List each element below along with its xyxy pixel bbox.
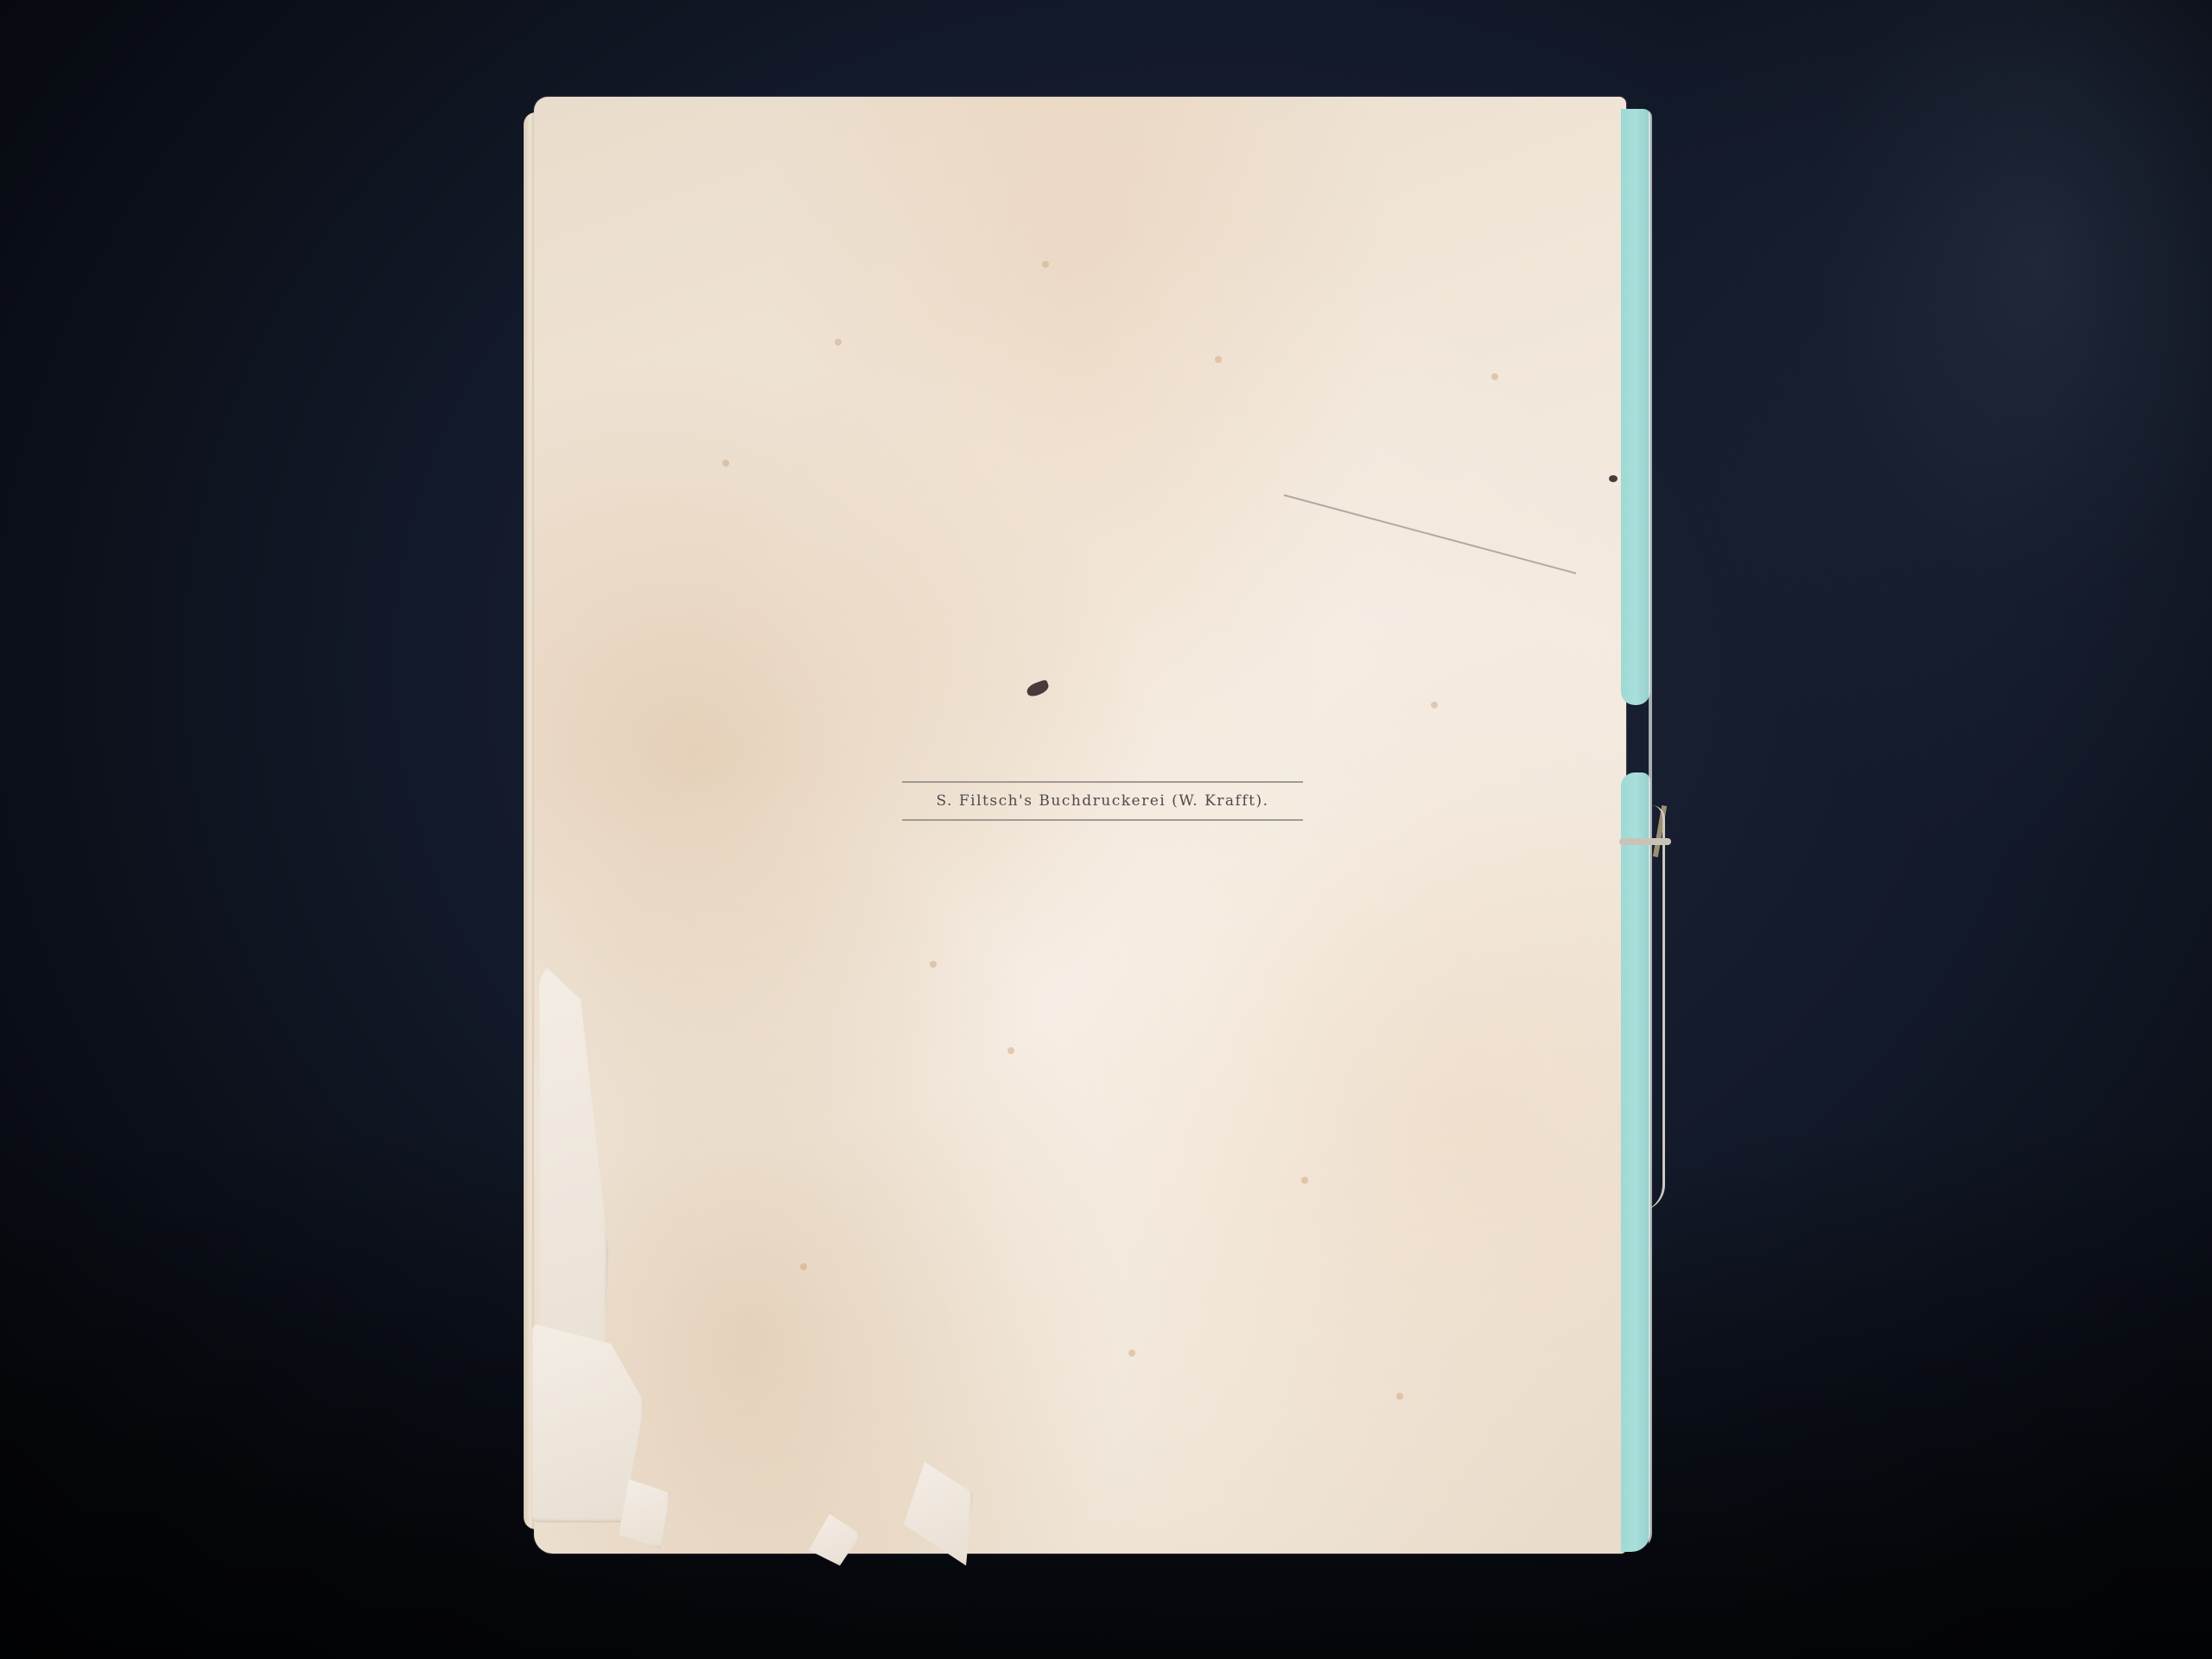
photo-scene: S. Filtsch's Buchdruckerei (W. Krafft). [0, 0, 2212, 1659]
binding-knot [1619, 838, 1671, 845]
booklet [524, 97, 1661, 1560]
imprint-text: S. Filtsch's Buchdruckerei (W. Krafft). [937, 792, 1269, 810]
spine-tape-upper [1621, 109, 1650, 705]
binding-string [1638, 805, 1665, 1211]
background-light [1642, 0, 2212, 864]
printer-imprint: S. Filtsch's Buchdruckerei (W. Krafft). [902, 781, 1303, 821]
back-cover [534, 97, 1626, 1554]
